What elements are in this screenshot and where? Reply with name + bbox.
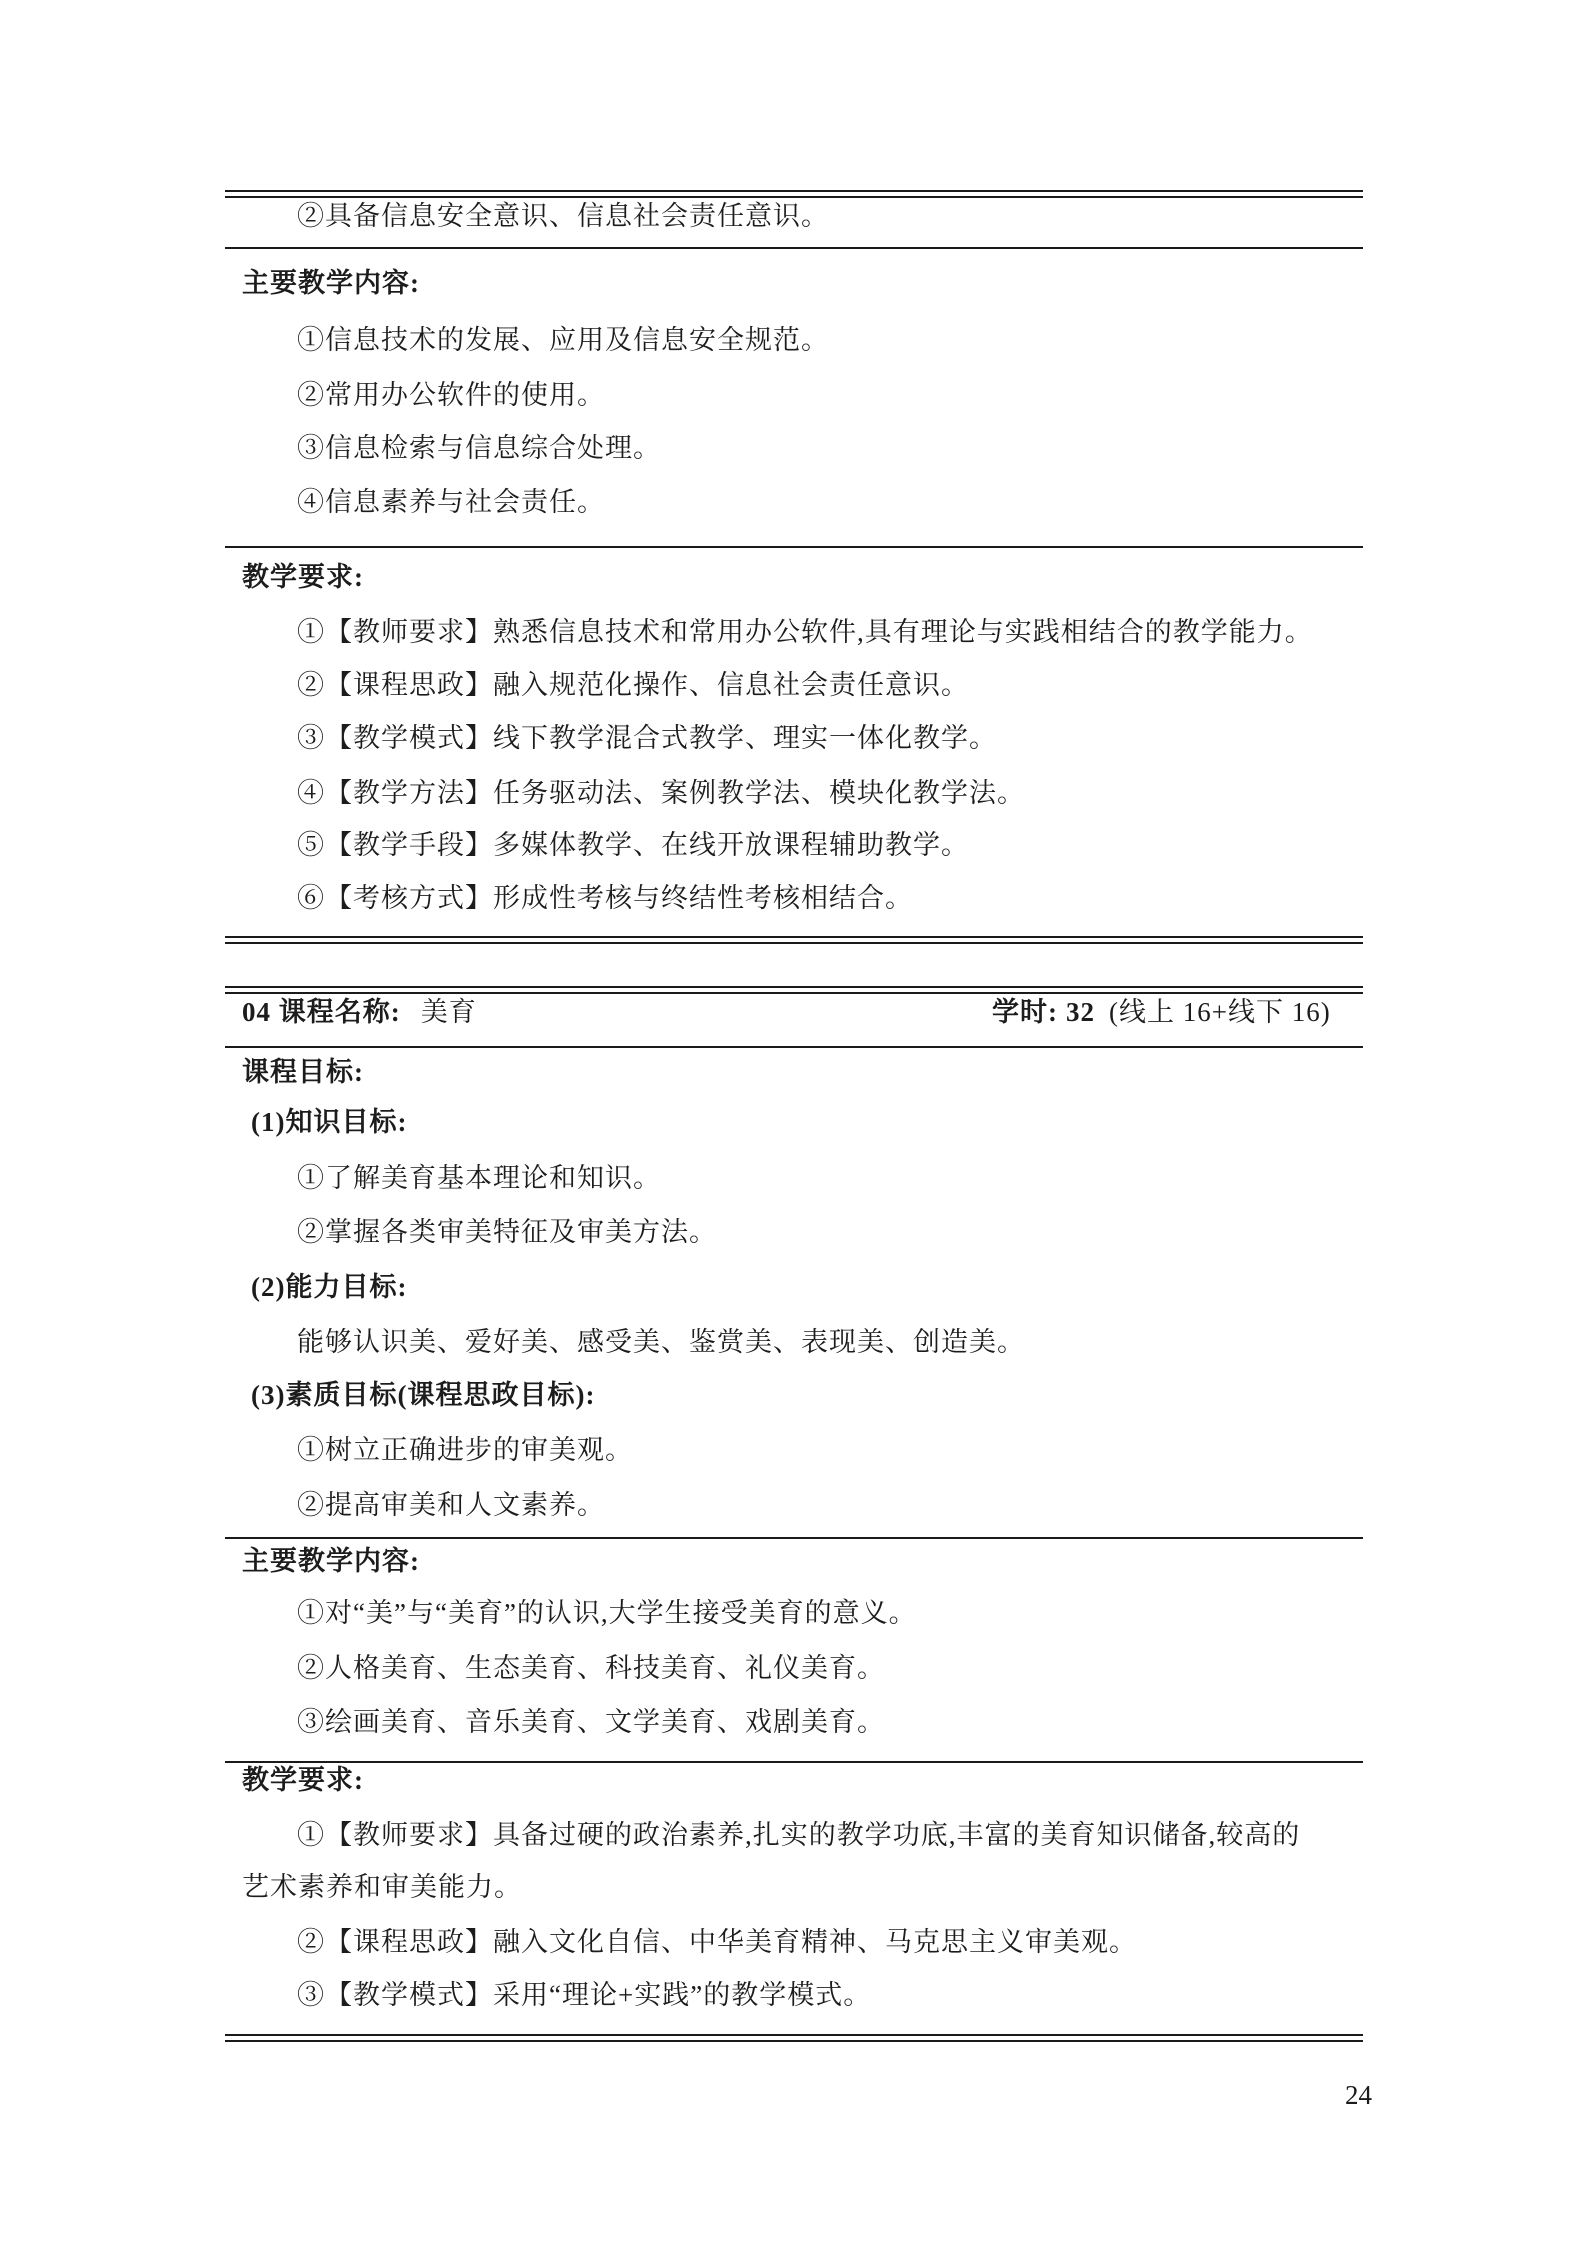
page-content: ②具备信息安全意识、信息社会责任意识。 主要教学内容: ①信息技术的发展、应用及… bbox=[225, 0, 1363, 2245]
requirement-item: ③【教学模式】采用“理论+实践”的教学模式。 bbox=[297, 1980, 871, 2010]
objective-item: ②提高审美和人文素养。 bbox=[297, 1490, 605, 1520]
requirement-item: ②【课程思政】融入规范化操作、信息社会责任意识。 bbox=[297, 670, 969, 700]
content-item: ①信息技术的发展、应用及信息安全规范。 bbox=[297, 325, 829, 355]
content-item: ②人格美育、生态美育、科技美育、礼仪美育。 bbox=[297, 1653, 885, 1683]
content-item: ③信息检索与信息综合处理。 bbox=[297, 433, 661, 463]
separator-single bbox=[225, 1046, 1363, 1048]
requirement-item: ②【课程思政】融入文化自信、中华美育精神、马克思主义审美观。 bbox=[297, 1927, 1137, 1957]
content-item: ④信息素养与社会责任。 bbox=[297, 487, 605, 517]
objective-group-title: (3)素质目标(课程思政目标): bbox=[251, 1380, 595, 1410]
requirement-item: ③【教学模式】线下教学混合式教学、理实一体化教学。 bbox=[297, 723, 997, 753]
requirement-item-continuation: 艺术素养和审美能力。 bbox=[242, 1872, 522, 1902]
requirement-item: ⑥【考核方式】形成性考核与终结性考核相结合。 bbox=[297, 883, 913, 913]
section-heading-content: 主要教学内容: bbox=[242, 268, 420, 298]
objective-item: ①树立正确进步的审美观。 bbox=[297, 1435, 633, 1465]
course-index-label: 04 课程名称: bbox=[242, 997, 401, 1027]
content-item: ③绘画美育、音乐美育、文学美育、戏剧美育。 bbox=[297, 1707, 885, 1737]
hours-value: 32 bbox=[1066, 997, 1095, 1027]
separator-single bbox=[225, 546, 1363, 548]
section-heading-requirements: 教学要求: bbox=[242, 1765, 364, 1795]
course-name: 美育 bbox=[421, 997, 477, 1027]
separator-double-bottom bbox=[225, 2034, 1363, 2042]
course-header-row: 04 课程名称:美育 学时:32(线上 16+线下 16) bbox=[242, 997, 477, 1027]
requirement-item: ①【教师要求】熟悉信息技术和常用办公软件,具有理论与实践相结合的教学能力。 bbox=[297, 617, 1313, 647]
document-page: ②具备信息安全意识、信息社会责任意识。 主要教学内容: ①信息技术的发展、应用及… bbox=[0, 0, 1587, 2245]
separator-double bbox=[225, 986, 1363, 994]
section-heading-content: 主要教学内容: bbox=[242, 1546, 420, 1576]
page-number: 24 bbox=[1345, 2080, 1372, 2110]
section-heading-requirements: 教学要求: bbox=[242, 562, 364, 592]
objective-item: ①了解美育基本理论和知识。 bbox=[297, 1163, 661, 1193]
hours-label: 学时: bbox=[992, 997, 1058, 1027]
section-heading-objectives: 课程目标: bbox=[242, 1057, 364, 1087]
objective-group-title: (2)能力目标: bbox=[251, 1272, 407, 1302]
separator-single bbox=[225, 1537, 1363, 1539]
content-item: ①对“美”与“美育”的认识,大学生接受美育的意义。 bbox=[297, 1598, 917, 1628]
requirement-item: ⑤【教学手段】多媒体教学、在线开放课程辅助教学。 bbox=[297, 830, 969, 860]
paragraph: ②具备信息安全意识、信息社会责任意识。 bbox=[297, 201, 829, 231]
separator-single bbox=[225, 1761, 1363, 1763]
hours-note: (线上 16+线下 16) bbox=[1109, 997, 1331, 1027]
objective-group-title: (1)知识目标: bbox=[251, 1107, 407, 1137]
requirement-item: ④【教学方法】任务驱动法、案例教学法、模块化教学法。 bbox=[297, 778, 1025, 808]
course-hours: 学时:32(线上 16+线下 16) bbox=[992, 997, 1331, 1027]
objective-item: ②掌握各类审美特征及审美方法。 bbox=[297, 1217, 717, 1247]
separator-double-top bbox=[225, 190, 1363, 198]
objective-item: 能够认识美、爱好美、感受美、鉴赏美、表现美、创造美。 bbox=[297, 1327, 1025, 1357]
separator-double bbox=[225, 936, 1363, 944]
separator-single bbox=[225, 247, 1363, 249]
requirement-item: ①【教师要求】具备过硬的政治素养,扎实的教学功底,丰富的美育知识储备,较高的 bbox=[297, 1820, 1300, 1850]
content-item: ②常用办公软件的使用。 bbox=[297, 380, 605, 410]
